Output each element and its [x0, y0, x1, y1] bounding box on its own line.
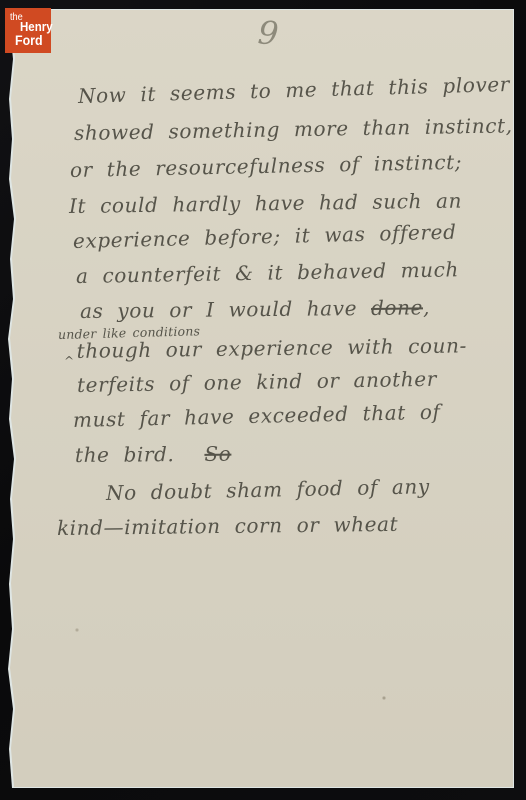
scan-background: the Henry Ford 9 Now it seems to me that… — [0, 0, 526, 800]
handwritten-line: the bird.So — [75, 442, 232, 467]
logo-text-ford: Ford — [15, 34, 43, 48]
line-text: , — [423, 295, 430, 319]
handwritten-line: ^though our experience with coun- — [64, 333, 467, 368]
struck-word: done — [371, 295, 423, 320]
caret-mark: ^ — [64, 354, 75, 368]
handwritten-line: kind—imitation corn or wheat — [57, 512, 399, 540]
page-number: 9 — [256, 13, 280, 53]
henry-ford-logo: the Henry Ford — [5, 8, 51, 53]
struck-word: So — [204, 442, 231, 466]
handwritten-line: as you or I would have done, — [80, 295, 430, 323]
logo-text-henry: Henry — [20, 21, 53, 34]
line-text: though our experience with coun- — [76, 333, 467, 362]
line-text: the bird. — [75, 442, 175, 467]
line-text: as you or I would have — [80, 296, 371, 323]
